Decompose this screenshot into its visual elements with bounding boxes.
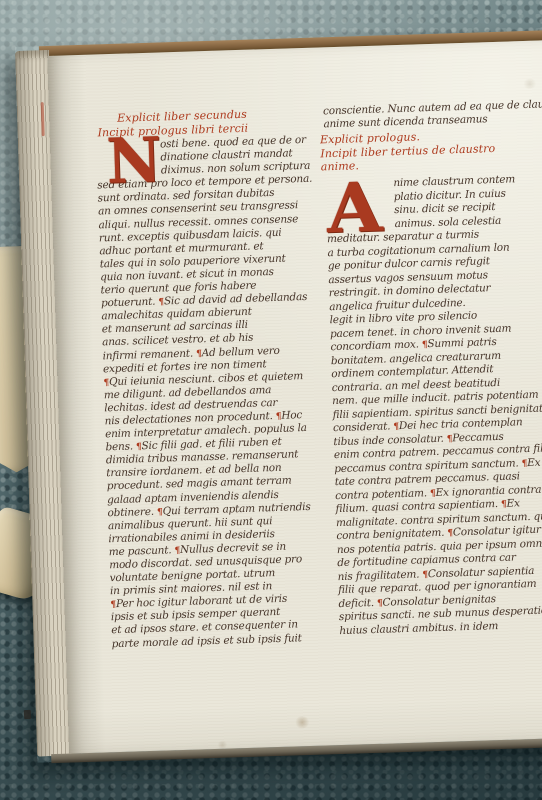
paraph-mark: ¶ bbox=[501, 500, 507, 510]
paraph-mark: ¶ bbox=[522, 459, 528, 469]
illuminated-initial-n: N bbox=[106, 134, 162, 189]
parchment-stain bbox=[294, 716, 310, 728]
illuminated-initial-a: A bbox=[326, 180, 383, 238]
paraph-mark: ¶ bbox=[377, 598, 383, 608]
left-column-lines: osti bene. quod ea que de ordinatione cl… bbox=[96, 134, 322, 651]
manuscript-photo: Explicit liber secundus Incipit prologus… bbox=[0, 0, 542, 800]
paraph-mark: ¶ bbox=[447, 434, 453, 444]
paraph-mark: ¶ bbox=[136, 442, 142, 452]
left-text-column: N osti bene. quod ea que de ordinatione … bbox=[96, 134, 322, 651]
paraph-mark: ¶ bbox=[174, 546, 180, 556]
paraph-mark: ¶ bbox=[276, 412, 282, 422]
paraph-mark: ¶ bbox=[430, 488, 436, 498]
paraph-mark: ¶ bbox=[196, 349, 202, 359]
edge-ink-mark bbox=[24, 710, 32, 719]
paraph-mark: ¶ bbox=[158, 298, 164, 308]
right-intro-lines: conscientie. Nunc autem ad ea que de cla… bbox=[323, 99, 536, 132]
paraph-mark: ¶ bbox=[393, 422, 399, 432]
right-column-rubric: Explicit prologus. Incipit liber tertius… bbox=[320, 128, 496, 174]
paraph-mark: ¶ bbox=[110, 600, 116, 610]
right-text-column: A nime claustrum contemplatio dicitur. I… bbox=[325, 173, 542, 638]
paraph-mark: ¶ bbox=[422, 340, 428, 350]
parchment-page: Explicit liber secundus Incipit prologus… bbox=[47, 39, 542, 753]
parchment-stain bbox=[217, 741, 228, 749]
parchment-stain bbox=[522, 79, 537, 89]
paraph-mark: ¶ bbox=[103, 378, 109, 388]
book: Explicit liber secundus Incipit prologus… bbox=[15, 29, 542, 762]
red-edge-smudge bbox=[41, 102, 45, 136]
paraph-mark: ¶ bbox=[157, 507, 163, 517]
right-column-prologue-end: conscientie. Nunc autem ad ea que de cla… bbox=[323, 99, 536, 132]
paraph-mark: ¶ bbox=[447, 528, 453, 538]
paraph-mark: ¶ bbox=[422, 570, 428, 580]
